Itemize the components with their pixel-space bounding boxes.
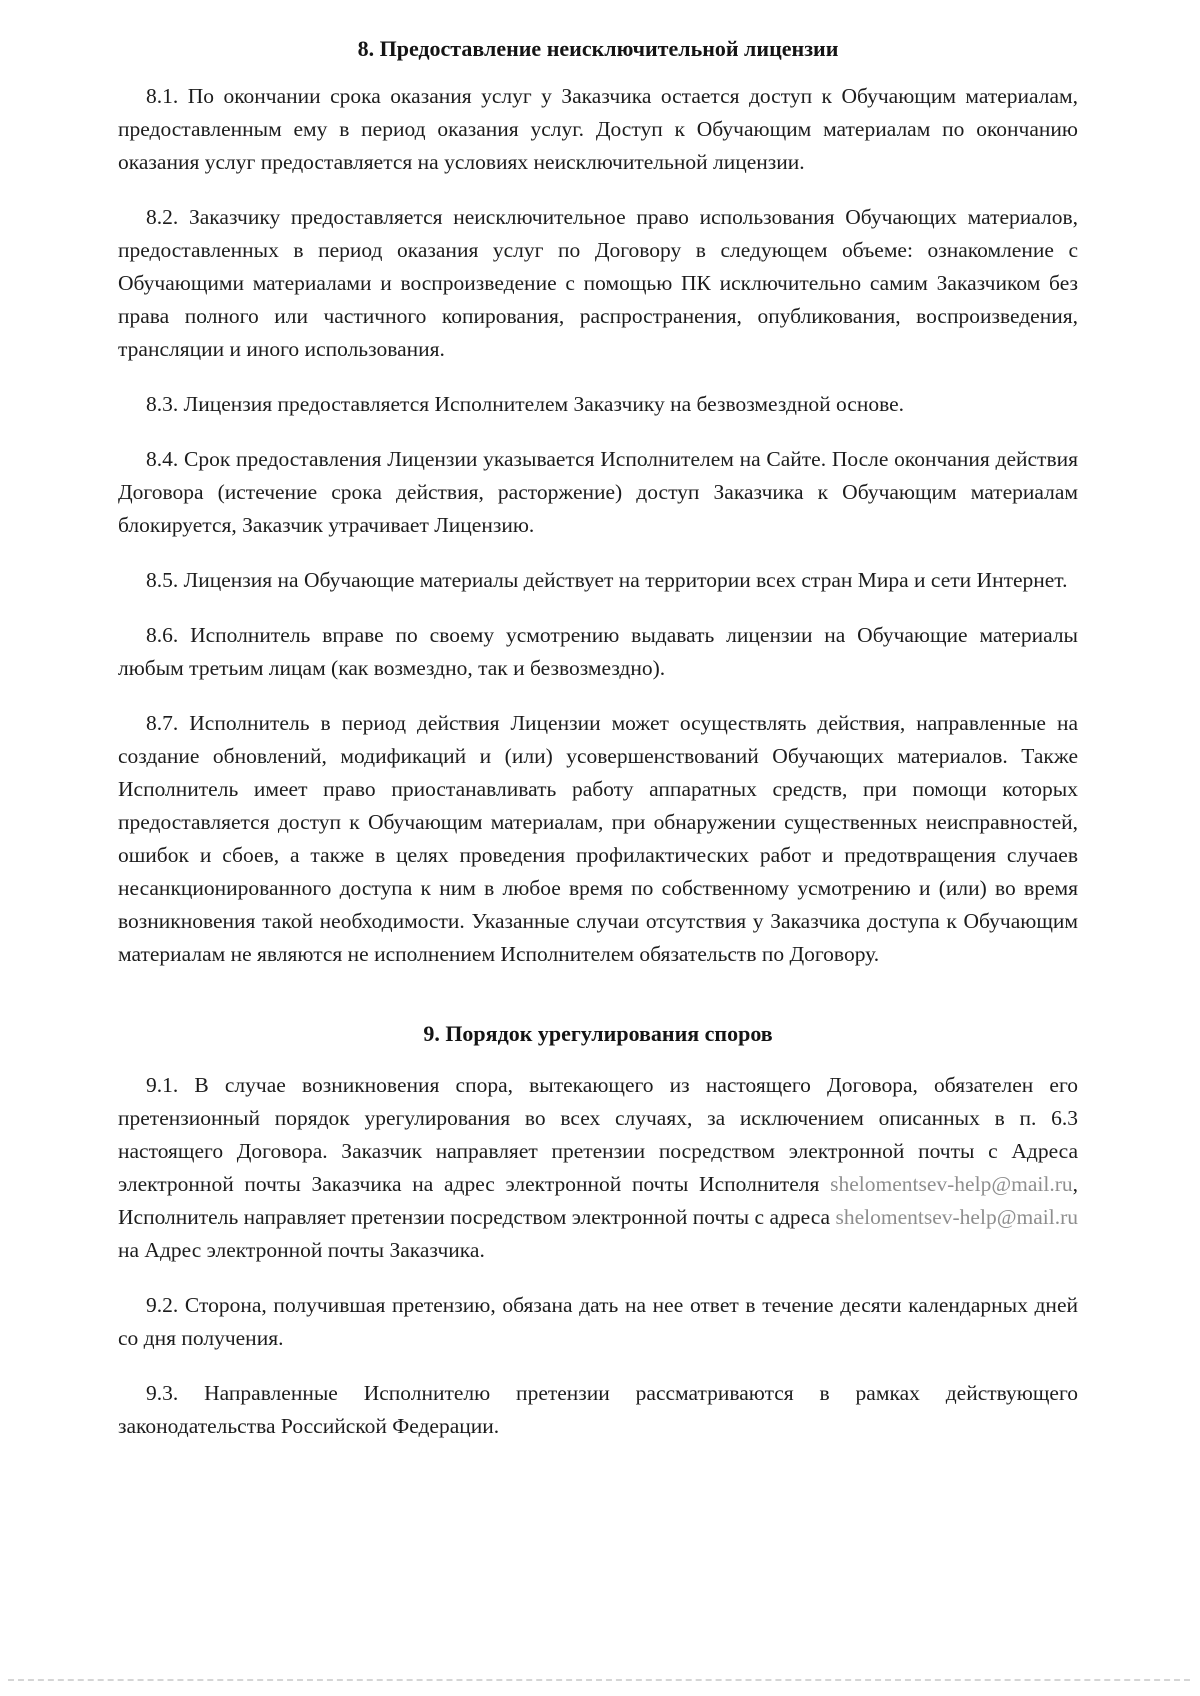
clause-8-6-number: 8.6. — [146, 623, 178, 647]
clause-8-3: 8.3. Лицензия предоставляется Исполнител… — [118, 388, 1078, 421]
clause-8-4-text: Срок предоставления Лицензии указывается… — [118, 447, 1078, 537]
clause-8-5-number: 8.5. — [146, 568, 178, 592]
clause-8-6: 8.6. Исполнитель вправе по своему усмотр… — [118, 619, 1078, 685]
clause-9-3-number: 9.3. — [146, 1381, 178, 1405]
clause-8-2-text: Заказчику предоставляется неисключительн… — [118, 205, 1078, 361]
executor-email-address: shelomentsev-help@mail.ru — [830, 1172, 1073, 1196]
clause-8-3-text: Лицензия предоставляется Исполнителем За… — [184, 392, 904, 416]
clause-9-3-text: Направленные Исполнителю претензии рассм… — [118, 1381, 1078, 1438]
clause-8-7-text: Исполнитель в период действия Лицензии м… — [118, 711, 1078, 966]
clause-8-6-text: Исполнитель вправе по своему усмотрению … — [118, 623, 1078, 680]
clause-8-3-number: 8.3. — [146, 392, 178, 416]
document-page: 8. Предоставление неисключительной лицен… — [0, 0, 1200, 1696]
clause-9-1: 9.1. В случае возникновения спора, вытек… — [118, 1069, 1078, 1267]
clause-8-5-text: Лицензия на Обучающие материалы действуе… — [184, 568, 1068, 592]
clause-9-1-text-part-3: на Адрес электронной почты Заказчика. — [118, 1238, 485, 1262]
section-8-heading: 8. Предоставление неисключительной лицен… — [118, 34, 1078, 64]
clause-9-2: 9.2. Сторона, получившая претензию, обяз… — [118, 1289, 1078, 1355]
clause-8-2: 8.2. Заказчику предоставляется неисключи… — [118, 201, 1078, 366]
clause-9-2-number: 9.2. — [146, 1293, 178, 1317]
clause-9-1-number: 9.1. — [146, 1073, 178, 1097]
clause-8-7-number: 8.7. — [146, 711, 178, 735]
clause-9-2-text: Сторона, получившая претензию, обязана д… — [118, 1293, 1078, 1350]
clause-8-1-text: По окончании срока оказания услуг у Зака… — [118, 84, 1078, 174]
clause-8-7: 8.7. Исполнитель в период действия Лицен… — [118, 707, 1078, 971]
clause-8-5: 8.5. Лицензия на Обучающие материалы дей… — [118, 564, 1078, 597]
clause-9-3: 9.3. Направленные Исполнителю претензии … — [118, 1377, 1078, 1443]
clause-8-2-number: 8.2. — [146, 205, 178, 229]
clause-8-4-number: 8.4. — [146, 447, 178, 471]
clause-8-1-number: 8.1. — [146, 84, 178, 108]
clause-8-1: 8.1. По окончании срока оказания услуг у… — [118, 80, 1078, 179]
clause-8-4: 8.4. Срок предоставления Лицензии указыв… — [118, 443, 1078, 542]
executor-email-address: shelomentsev-help@mail.ru — [835, 1205, 1078, 1229]
scan-artifact-line — [8, 1679, 1190, 1681]
section-9-heading: 9. Порядок урегулирования споров — [118, 1019, 1078, 1049]
